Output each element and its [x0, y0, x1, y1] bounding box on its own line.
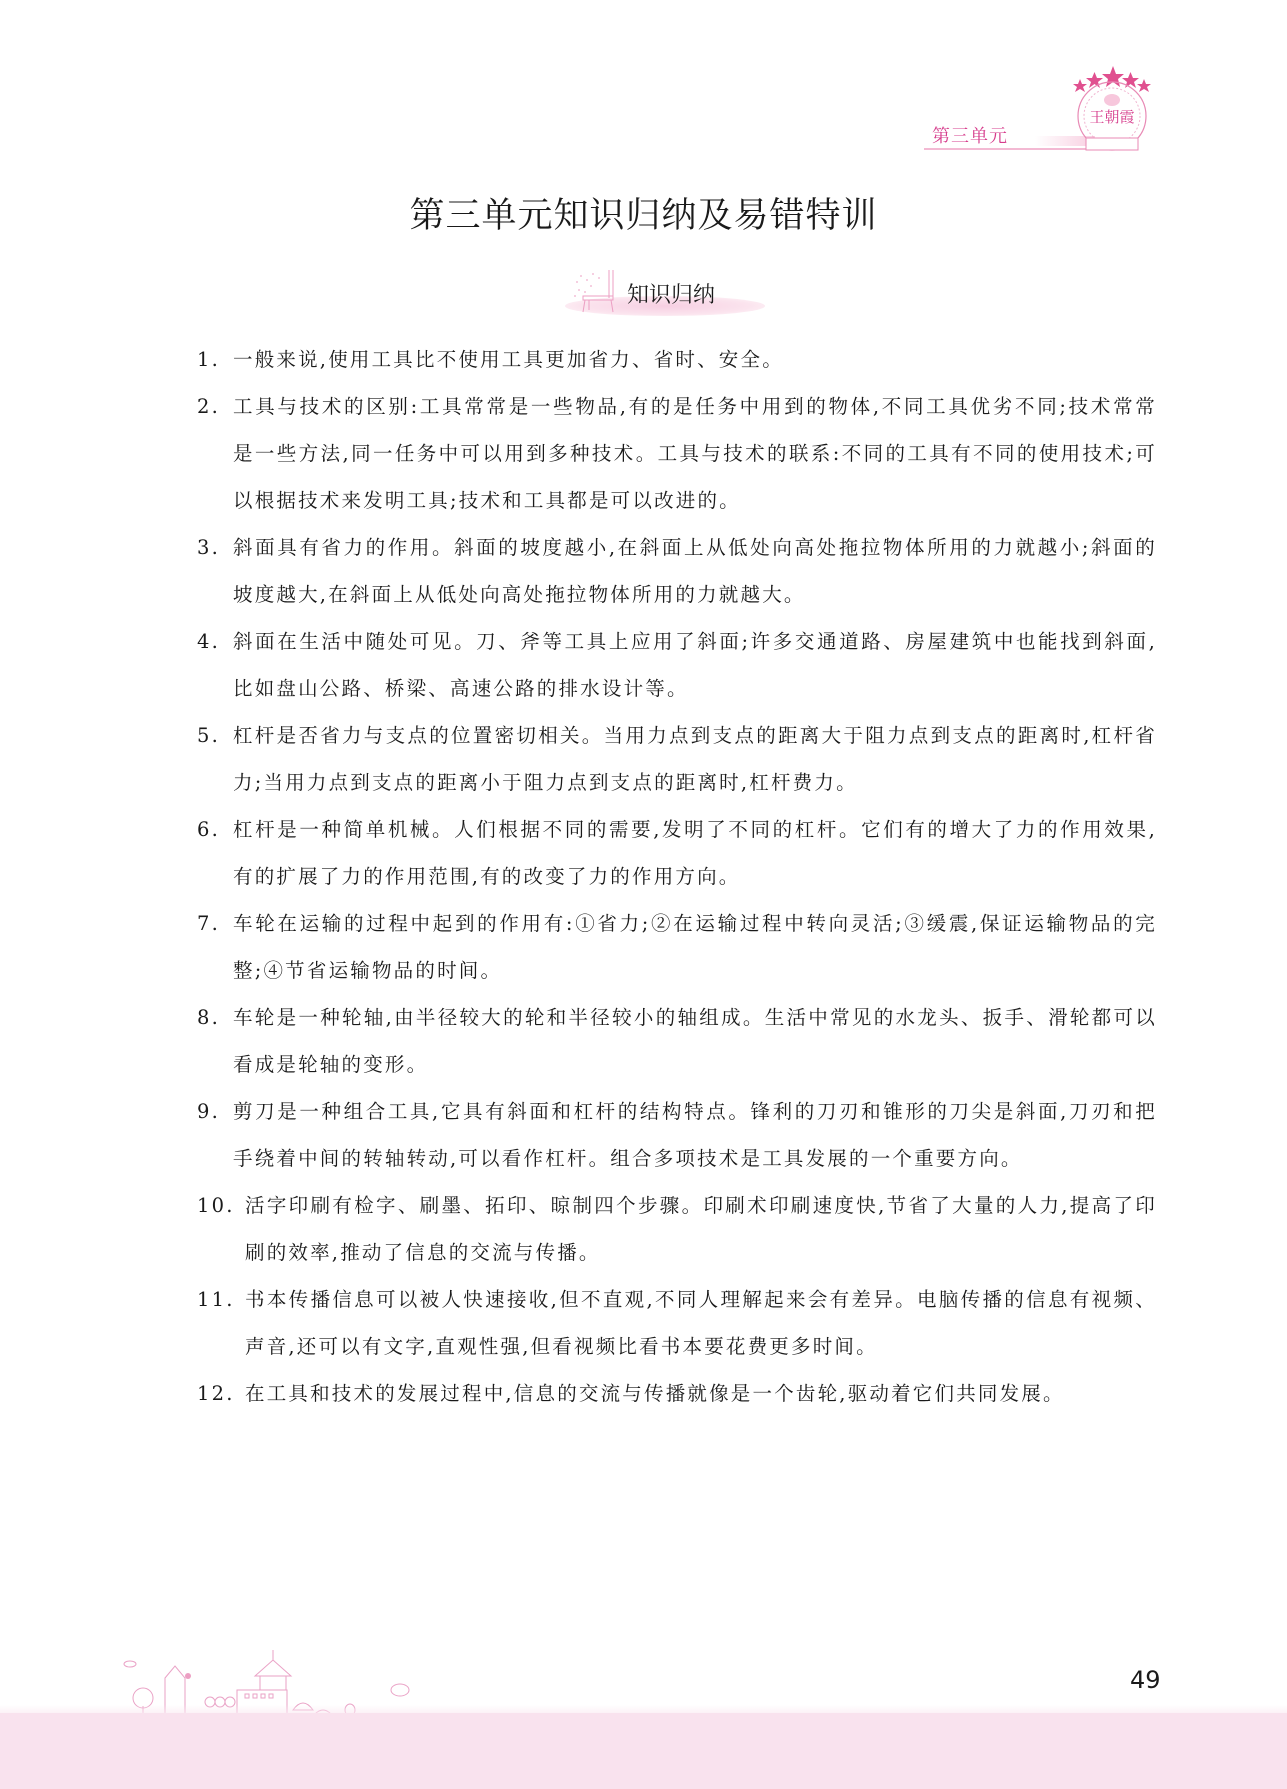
item-number: 4.	[197, 618, 233, 712]
item-text: 书本传播信息可以被人快速接收,但不直观,不同人理解起来会有差异。电脑传播的信息有…	[245, 1276, 1157, 1370]
page-title: 第三单元知识归纳及易错特训	[0, 188, 1287, 238]
item-text: 车轮是一种轮轴,由半径较大的轮和半径较小的轴组成。生活中常见的水龙头、扳手、滑轮…	[233, 994, 1157, 1088]
footer-band	[0, 1713, 1287, 1789]
item-text: 一般来说,使用工具比不使用工具更加省力、省时、安全。	[233, 336, 1157, 383]
item-text: 活字印刷有检字、刷墨、拓印、晾制四个步骤。印刷术印刷速度快,节省了大量的人力,提…	[245, 1182, 1157, 1276]
list-item: 6. 杠杆是一种简单机械。人们根据不同的需要,发明了不同的杠杆。它们有的增大了力…	[197, 806, 1157, 900]
section-badge: 知识归纳	[565, 268, 765, 318]
item-number: 7.	[197, 900, 233, 994]
list-item: 8. 车轮是一种轮轴,由半径较大的轮和半径较小的轴组成。生活中常见的水龙头、扳手…	[197, 994, 1157, 1088]
item-text: 工具与技术的区别:工具常常是一些物品,有的是任务中用到的物体,不同工具优劣不同;…	[233, 383, 1157, 524]
item-text: 杠杆是一种简单机械。人们根据不同的需要,发明了不同的杠杆。它们有的增大了力的作用…	[233, 806, 1157, 900]
item-text: 车轮在运输的过程中起到的作用有:①省力;②在运输过程中转向灵活;③缓震,保证运输…	[233, 900, 1157, 994]
list-item: 9. 剪刀是一种组合工具,它具有斜面和杠杆的结构特点。锋利的刀刃和锥形的刀尖是斜…	[197, 1088, 1157, 1182]
list-item: 2. 工具与技术的区别:工具常常是一些物品,有的是任务中用到的物体,不同工具优劣…	[197, 383, 1157, 524]
list-item: 1. 一般来说,使用工具比不使用工具更加省力、省时、安全。	[197, 336, 1157, 383]
item-number: 9.	[197, 1088, 233, 1182]
item-number: 3.	[197, 524, 233, 618]
unit-label: 第三单元	[932, 122, 1008, 148]
item-text: 斜面在生活中随处可见。刀、斧等工具上应用了斜面;许多交通道路、房屋建筑中也能找到…	[233, 618, 1157, 712]
item-text: 在工具和技术的发展过程中,信息的交流与传播就像是一个齿轮,驱动着它们共同发展。	[245, 1370, 1157, 1417]
list-item: 7. 车轮在运输的过程中起到的作用有:①省力;②在运输过程中转向灵活;③缓震,保…	[197, 900, 1157, 994]
item-number: 8.	[197, 994, 233, 1088]
list-item: 3. 斜面具有省力的作用。斜面的坡度越小,在斜面上从低处向高处拖拉物体所用的力就…	[197, 524, 1157, 618]
item-number: 10.	[197, 1182, 245, 1276]
item-number: 12.	[197, 1370, 245, 1417]
item-number: 2.	[197, 383, 233, 524]
item-number: 1.	[197, 336, 233, 383]
chair-illustration-icon	[571, 268, 621, 314]
list-item: 11. 书本传播信息可以被人快速接收,但不直观,不同人理解起来会有差异。电脑传播…	[197, 1276, 1157, 1370]
item-text: 杠杆是否省力与支点的位置密切相关。当用力点到支点的距离大于阻力点到支点的距离时,…	[233, 712, 1157, 806]
item-number: 11.	[197, 1276, 245, 1370]
knowledge-list: 1. 一般来说,使用工具比不使用工具更加省力、省时、安全。 2. 工具与技术的区…	[197, 336, 1157, 1417]
item-number: 6.	[197, 806, 233, 900]
list-item: 12. 在工具和技术的发展过程中,信息的交流与传播就像是一个齿轮,驱动着它们共同…	[197, 1370, 1157, 1417]
page-number: 49	[1130, 1666, 1161, 1694]
item-number: 5.	[197, 712, 233, 806]
item-text: 剪刀是一种组合工具,它具有斜面和杠杆的结构特点。锋利的刀刃和锥形的刀尖是斜面,刀…	[233, 1088, 1157, 1182]
svg-text:王朝霞: 王朝霞	[1089, 108, 1134, 126]
list-item: 10. 活字印刷有检字、刷墨、拓印、晾制四个步骤。印刷术印刷速度快,节省了大量的…	[197, 1182, 1157, 1276]
section-title: 知识归纳	[627, 278, 715, 309]
list-item: 5. 杠杆是否省力与支点的位置密切相关。当用力点到支点的距离大于阻力点到支点的距…	[197, 712, 1157, 806]
list-item: 4. 斜面在生活中随处可见。刀、斧等工具上应用了斜面;许多交通道路、房屋建筑中也…	[197, 618, 1157, 712]
item-text: 斜面具有省力的作用。斜面的坡度越小,在斜面上从低处向高处拖拉物体所用的力就越小;…	[233, 524, 1157, 618]
brand-logo-icon: 王朝霞	[1068, 62, 1152, 156]
